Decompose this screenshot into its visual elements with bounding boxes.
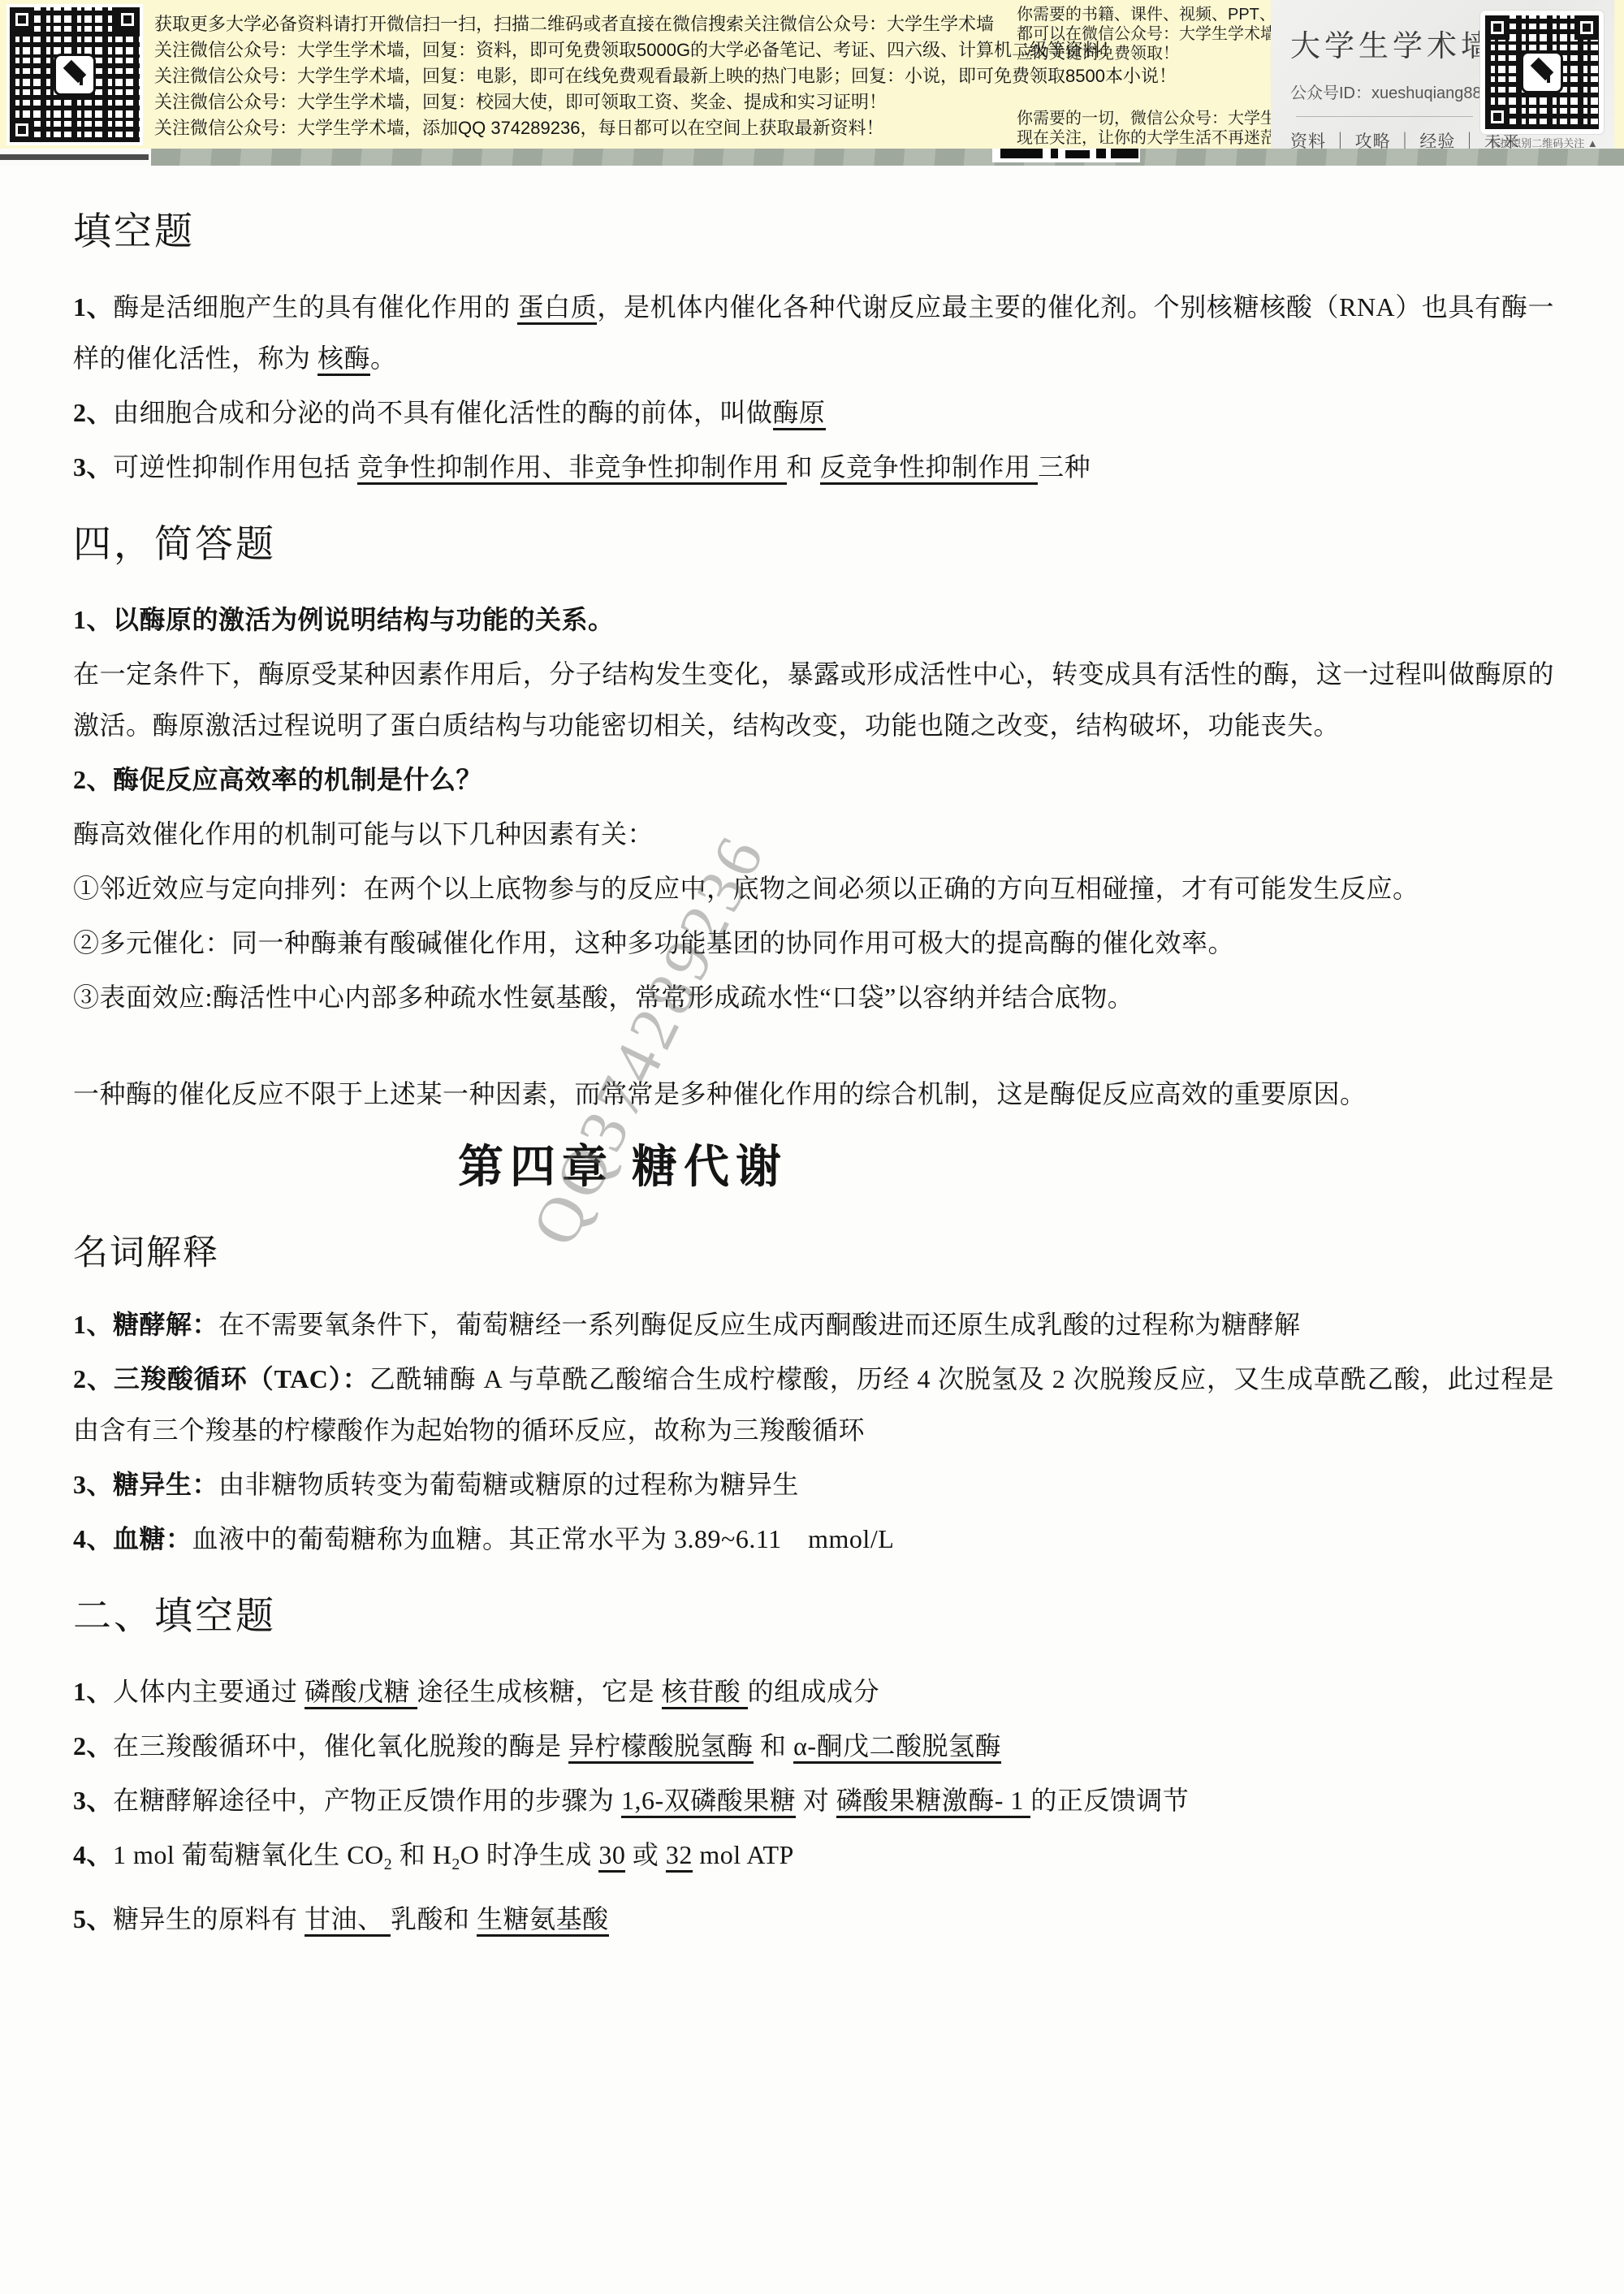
text-run: ①邻近效应与定向排列：在两个以上底物参与的反应中，底物之间必须以正确的方向互相碰… [73, 874, 1419, 903]
blank-answer: 生糖氨基酸 [477, 1904, 609, 1937]
text-run: 三种 [1038, 452, 1091, 482]
text-run: 和 H [392, 1840, 451, 1869]
text-run: 名词解释 [73, 1234, 219, 1272]
account-card-info: 大学生学术墙 公众号ID：xueshuqiang8888 资料 ｜ 攻略 ｜ 经… [1271, 0, 1479, 149]
text-run: 在糖酵解途径中，产物正反馈作用的步骤为 [113, 1786, 621, 1815]
qr-finder-icon [115, 7, 140, 32]
text-run: ③表面效应:酶活性中心内部多种疏水性氨基酸，常常形成疏水性“口袋”以容纳并结合底… [73, 983, 1134, 1012]
short-answer-2-conclusion: 一种酶的催化反应不限于上述某一种因素，而常常是多种催化作用的综合机制，这是酶促反… [73, 1069, 1554, 1120]
banner-line: 关注微信公众号：大学生学术墙，回复：电影，即可在线免费观看最新上映的热门电影；回… [154, 63, 1177, 89]
blank-answer: 酶原 [773, 398, 826, 430]
text-run: 2、 [73, 398, 113, 427]
qr-pattern [10, 7, 140, 142]
blank-answer: 1,6-双磷酸果糖 [621, 1786, 796, 1818]
text-run: 二、填空题 [73, 1596, 276, 1638]
short-answer-2-point3: ③表面效应:酶活性中心内部多种疏水性氨基酸，常常形成疏水性“口袋”以容纳并结合底… [73, 972, 1554, 1023]
text-run: 酶是活细胞产生的具有催化作用的 [113, 292, 517, 322]
text-run: ②多元催化：同一种酶兼有酸碱催化作用，这种多功能基团的协同作用可极大的提高酶的催… [73, 928, 1234, 957]
heading-fill-blanks: 填空题 [73, 201, 1554, 256]
divider [1296, 116, 1473, 117]
qr-finder-icon [1485, 105, 1510, 129]
text-run: 1、 [73, 1677, 113, 1706]
text-fragment [1000, 149, 1043, 158]
qr-finder-icon [1574, 15, 1599, 40]
text-run: 血液中的葡萄糖称为血糖。其正常水平为 3.89~6.11 mmol/L [192, 1524, 895, 1553]
fill-q1: 1、酶是活细胞产生的具有催化作用的 蛋白质，是机体内催化各种代谢反应最主要的催化… [73, 282, 1554, 384]
fill2-q4: 4、1 mol 葡萄糖氧化生 CO2 和 H2O 时净生成 30 或 32 mo… [73, 1830, 1554, 1890]
scan-edge-bar [0, 154, 149, 160]
short-answer-2-title: 2、酶促反应高效率的机制是什么？ [73, 754, 1554, 806]
chapter-heading: 第四章 糖代谢 [73, 1131, 1173, 1196]
blank-answer: 磷酸果糖激酶- 1 [836, 1786, 1031, 1818]
text-run: 第四章 糖代谢 [458, 1143, 788, 1193]
text-run: 1 mol 葡萄糖氧化生 CO [113, 1840, 384, 1869]
short-answer-1-body: 在一定条件下，酶原受某种因素作用后，分子结构发生变化，暴露或形成活性中心，转变成… [73, 649, 1554, 751]
short-answer-2-point2: ②多元催化：同一种酶兼有酸碱催化作用，这种多功能基团的协同作用可极大的提高酶的催… [73, 918, 1554, 969]
text-run: 。 [370, 343, 397, 373]
blank-answer: 32 [666, 1840, 693, 1873]
text-run: 的组成成分 [748, 1677, 880, 1706]
side-note-line: 你需要的书籍、课件、视频、PPT、简历模板 [1017, 5, 1260, 24]
text-run: 在不需要氧条件下，葡萄糖经一系列酶促反应生成丙酮酸进而还原生成乳酸的过程称为糖酵… [218, 1310, 1301, 1339]
text-run: 由细胞合成和分泌的尚不具有催化活性的酶的前体，叫做 [113, 398, 773, 427]
term-1: 1、糖酵解：在不需要氧条件下，葡萄糖经一系列酶促反应生成丙酮酸进而还原生成乳酸的… [73, 1299, 1554, 1350]
text-run: 一种酶的催化反应不限于上述某一种因素，而常常是多种催化作用的综合机制，这是酶促反… [73, 1079, 1367, 1108]
blank-answer: 核苷酸 [662, 1677, 748, 1709]
text-run: 可逆性抑制作用包括 [113, 452, 357, 482]
account-id: 公众号ID：xueshuqiang8888 [1290, 80, 1479, 103]
page: 获取更多大学必备资料请打开微信扫一扫，扫描二维码或者直接在微信搜索关注微信公众号… [0, 0, 1624, 2294]
blank-answer: 磷酸戊糖 [304, 1677, 417, 1709]
document-body: 填空题1、酶是活细胞产生的具有催化作用的 蛋白质，是机体内催化各种代谢反应最主要… [0, 166, 1624, 1948]
text-run: 3、糖异生： [73, 1470, 218, 1499]
text-run: 2 [451, 1856, 460, 1873]
short-answer-1-title: 1、以酶原的激活为例说明结构与功能的关系。 [73, 594, 1554, 646]
qr-finder-icon [10, 118, 34, 142]
text-run: 或 [625, 1840, 666, 1869]
account-name: 大学生学术墙 [1290, 21, 1479, 65]
side-note-line: 应的关键词免费领取！ [1017, 44, 1260, 63]
text-run: 由非糖物质转变为葡萄糖或糖原的过程称为糖异生 [218, 1470, 799, 1499]
text-fragment [1051, 149, 1058, 158]
side-note-line: 都可以在微信公众号：大学生学术墙，回复相 [1017, 24, 1260, 44]
text-run: 4、血糖： [73, 1524, 192, 1553]
text-run: 2、 [73, 1731, 113, 1760]
side-note-line: 现在关注，让你的大学生活不再迷茫！ [1017, 128, 1260, 148]
scan-edge [0, 149, 1624, 166]
qr-pattern [1485, 15, 1599, 129]
text-run: 填空题 [73, 211, 195, 253]
blank-answer: 甘油、 [304, 1904, 391, 1937]
text-run: 2、三羧酸循环（TAC）： [73, 1364, 369, 1393]
cut-text-fragments [992, 149, 1140, 162]
account-card-qr-area: 长按识别二维码关注 ▲ [1479, 0, 1614, 149]
text-run: mol ATP [693, 1840, 794, 1869]
blank-answer: 30 [598, 1840, 625, 1873]
text-run: 4、 [73, 1840, 113, 1869]
text-fragment [1111, 149, 1138, 158]
fill2-q1: 1、人体内主要通过 磷酸戊糖 途径生成核糖，它是 核苷酸 的组成成分 [73, 1666, 1554, 1717]
blank-answer: 异柠檬酸脱氢酶 [568, 1731, 754, 1764]
graduation-cap-icon [1521, 51, 1563, 93]
blank-answer: 核酶 [317, 343, 370, 376]
text-run: O 时净生成 [460, 1840, 599, 1869]
heading-short-answer: 四，简答题 [73, 514, 1554, 568]
text-run: 5、 [73, 1904, 113, 1933]
fill2-q3: 3、在糖酵解途径中，产物正反馈作用的步骤为 1,6-双磷酸果糖 对 磷酸果糖激酶… [73, 1775, 1554, 1826]
graduation-cap-icon [54, 54, 96, 96]
text-run: 对 [796, 1786, 836, 1815]
account-card: 大学生学术墙 公众号ID：xueshuqiang8888 资料 ｜ 攻略 ｜ 经… [1271, 0, 1614, 149]
text-run: 2、酶促反应高效率的机制是什么？ [73, 765, 482, 794]
blank-answer: 蛋白质 [517, 292, 597, 325]
heading-terms: 名词解释 [73, 1225, 1554, 1275]
short-answer-2-point1: ①邻近效应与定向排列：在两个以上底物参与的反应中，底物之间必须以正确的方向互相碰… [73, 863, 1554, 914]
term-2: 2、三羧酸循环（TAC）：乙酰辅酶 A 与草酰乙酸缩合生成柠檬酸，历经 4 次脱… [73, 1354, 1554, 1456]
fill-q2: 2、由细胞合成和分泌的尚不具有催化活性的酶的前体，叫做酶原 [73, 387, 1554, 438]
text-run: 人体内主要通过 [113, 1677, 304, 1706]
text-run: 3、 [73, 1786, 113, 1815]
text-run: 途径生成核糖，它是 [417, 1677, 662, 1706]
text-run: 四，简答题 [73, 524, 276, 566]
qr-finder-icon [10, 7, 34, 32]
follow-qr-code [1480, 11, 1604, 134]
text-run: 和 [787, 452, 820, 482]
heading-fill-blanks-2: 二、填空题 [73, 1586, 1554, 1640]
text-run: 酶高效催化作用的机制可能与以下几种因素有关： [73, 819, 654, 849]
text-run: 乳酸和 [391, 1904, 477, 1933]
text-run: 在三羧酸循环中，催化氧化脱羧的酶是 [113, 1731, 568, 1760]
text-run: 和 [754, 1731, 794, 1760]
text-run: 1、 [73, 292, 113, 322]
short-answer-2-intro: 酶高效催化作用的机制可能与以下几种因素有关： [73, 809, 1554, 860]
blank-answer: 竞争性抑制作用、非竞争性抑制作用 [357, 452, 787, 485]
promo-banner: 获取更多大学必备资料请打开微信扫一扫，扫描二维码或者直接在微信搜索关注微信公众号… [0, 0, 1624, 149]
side-note-line: 你需要的一切，微信公众号：大学生学术墙，都有！ [1017, 109, 1260, 128]
text-run: 糖异生的原料有 [113, 1904, 304, 1933]
text-run: 的正反馈调节 [1030, 1786, 1189, 1815]
text-run: 1、糖酵解： [73, 1310, 218, 1339]
text-run: 3、 [73, 452, 113, 482]
term-3: 3、糖异生：由非糖物质转变为葡萄糖或糖原的过程称为糖异生 [73, 1459, 1554, 1510]
banner-side-note-bottom: 你需要的一切，微信公众号：大学生学术墙，都有！ 现在关注，让你的大学生活不再迷茫… [1017, 109, 1260, 148]
text-fragment [1096, 149, 1106, 158]
qr-finder-icon [1485, 15, 1510, 40]
wechat-qr-code [6, 4, 143, 145]
fill-q3: 3、可逆性抑制作用包括 竞争性抑制作用、非竞争性抑制作用 和 反竞争性抑制作用 … [73, 442, 1554, 493]
text-run: 1、以酶原的激活为例说明结构与功能的关系。 [73, 605, 615, 634]
text-run: 在一定条件下，酶原受某种因素作用后，分子结构发生变化，暴露或形成活性中心，转变成… [73, 659, 1554, 740]
text-fragment [1065, 150, 1090, 158]
text-run: 2 [384, 1856, 392, 1873]
fill2-q5: 5、糖异生的原料有 甘油、 乳酸和 生糖氨基酸 [73, 1894, 1554, 1945]
banner-side-note-top: 你需要的书籍、课件、视频、PPT、简历模板 都可以在微信公众号：大学生学术墙，回… [1017, 5, 1260, 63]
blank-answer: 反竞争性抑制作用 [820, 452, 1039, 485]
blank-answer: α-酮戊二酸脱氢酶 [793, 1731, 1001, 1764]
fill2-q2: 2、在三羧酸循环中，催化氧化脱羧的酶是 异柠檬酸脱氢酶 和 α-酮戊二酸脱氢酶 [73, 1721, 1554, 1772]
term-4: 4、血糖：血液中的葡萄糖称为血糖。其正常水平为 3.89~6.11 mmol/L [73, 1514, 1554, 1565]
